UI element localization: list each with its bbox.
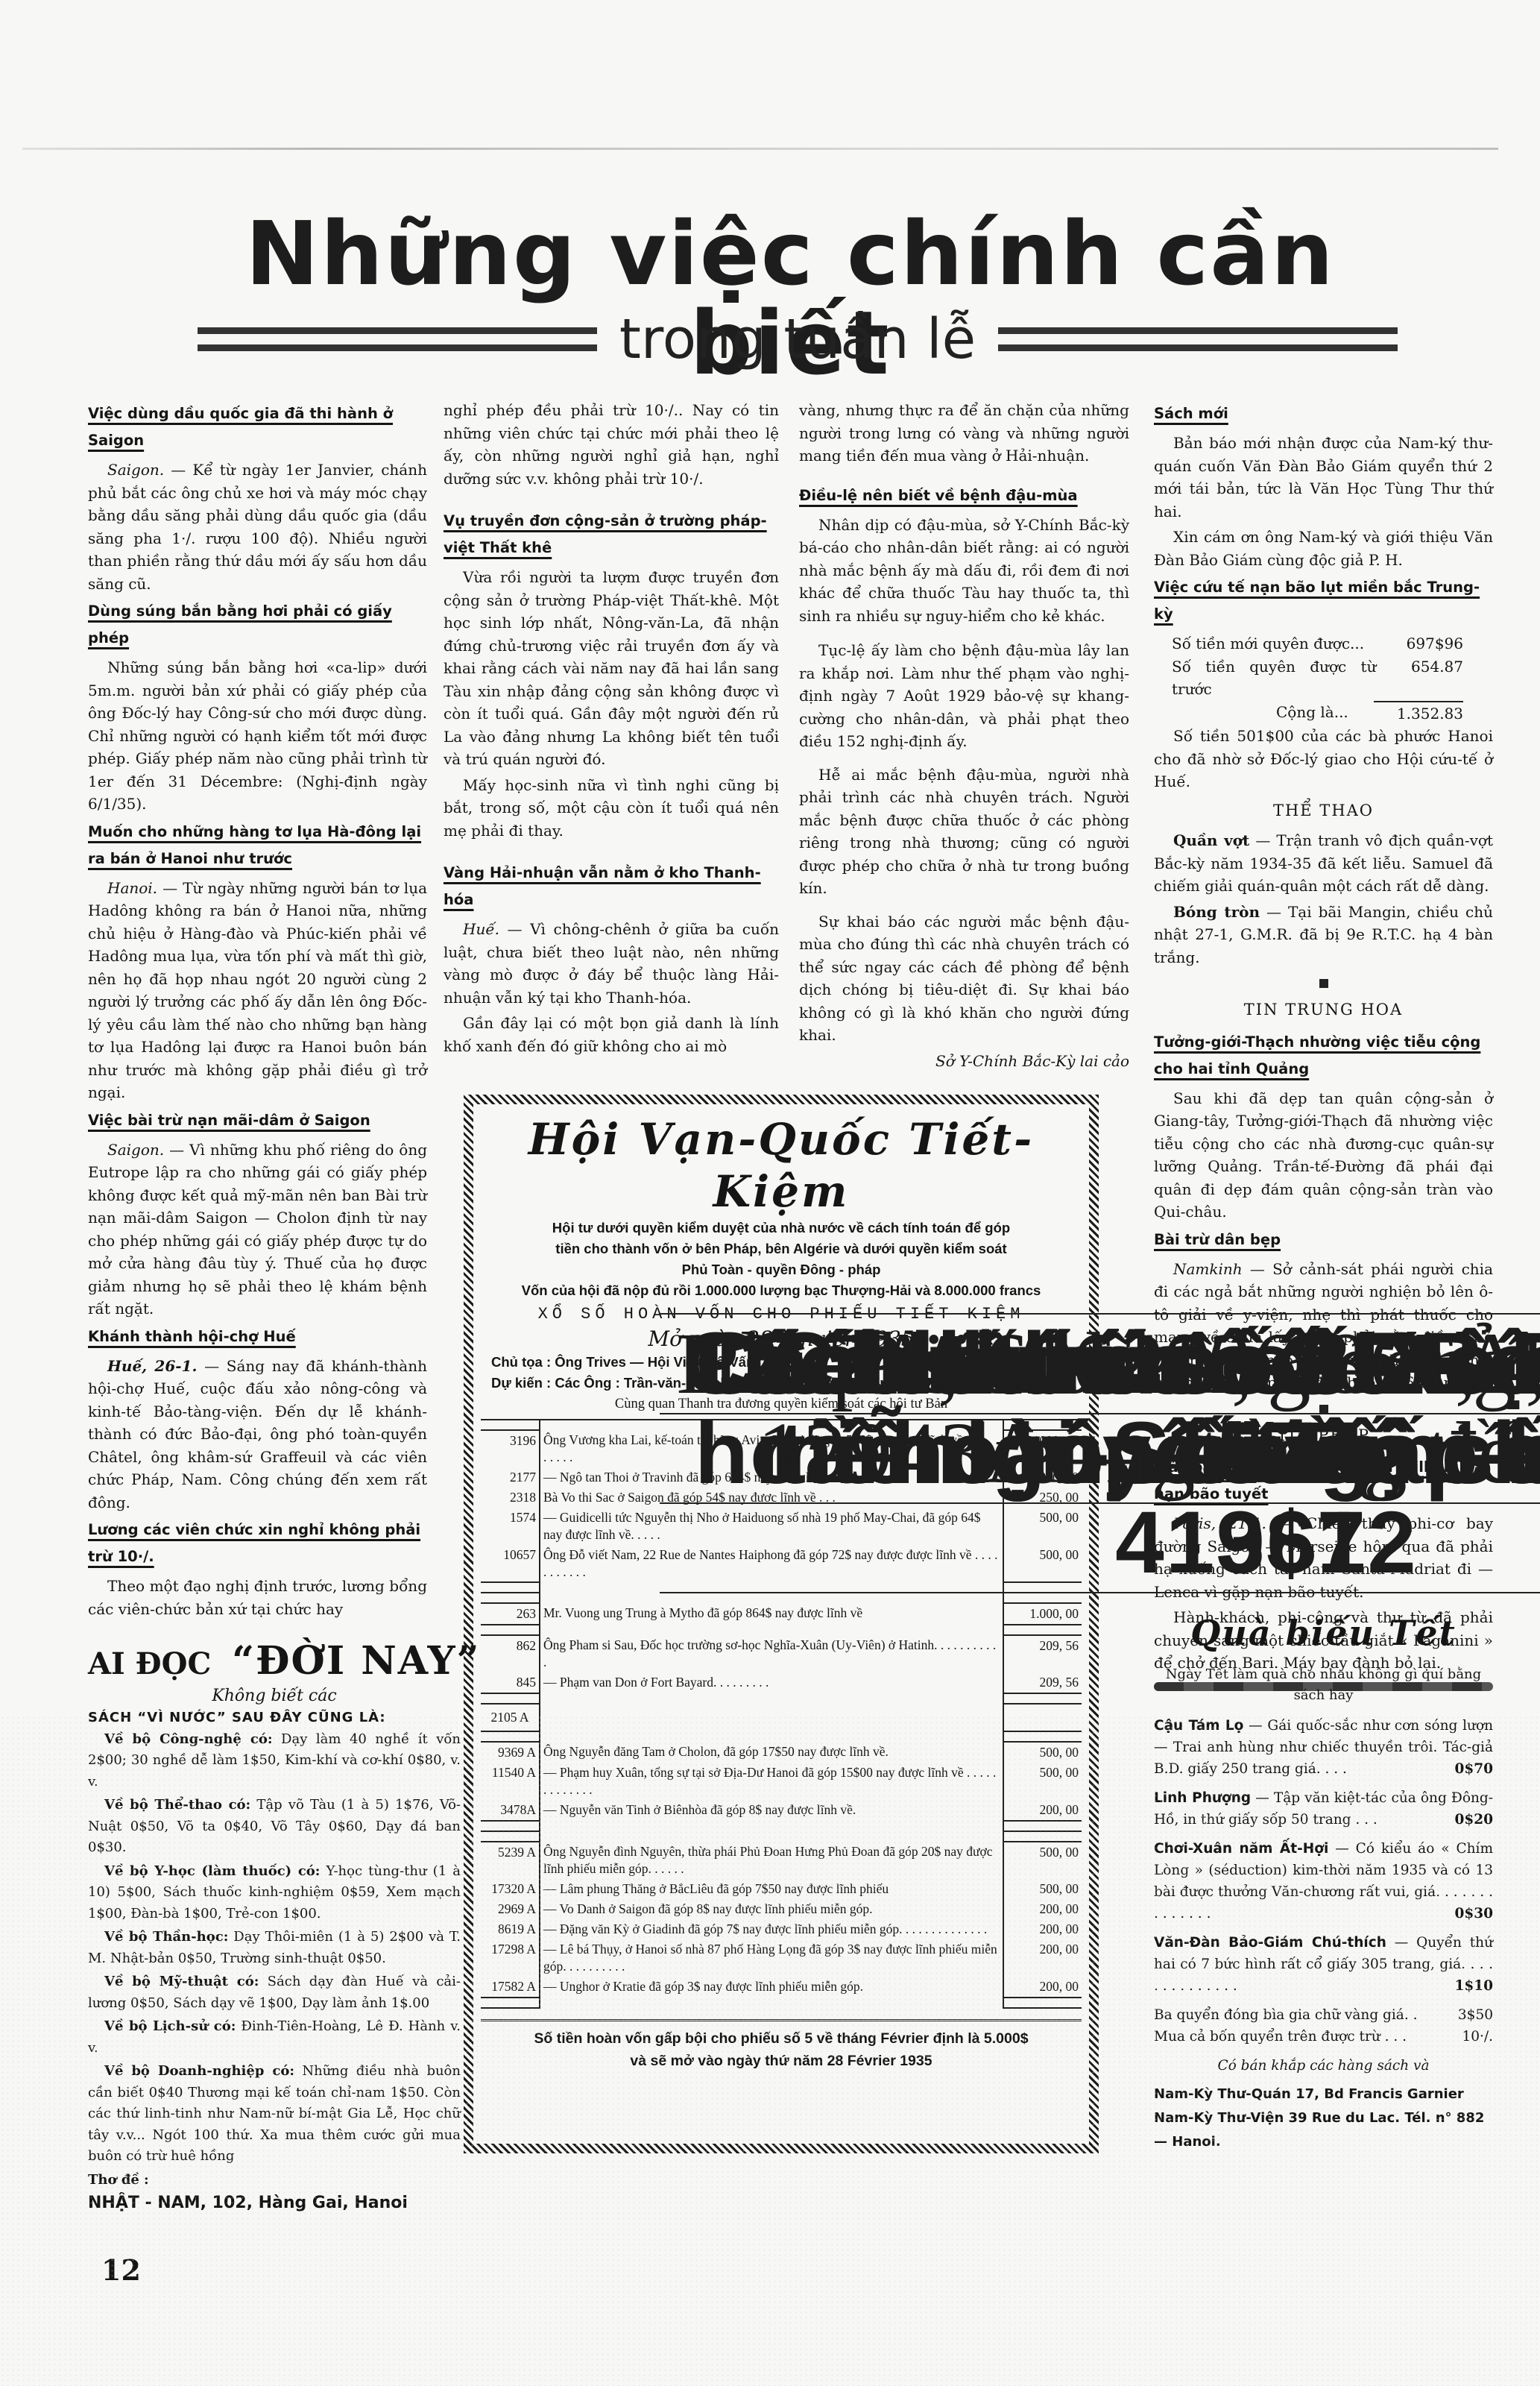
column-1: Việc dùng dầu quốc gia đã thi hành ở Sai… (88, 399, 427, 1623)
price-label: Mua cả bốn quyển trên được trừ . . . (1154, 2026, 1407, 2047)
lottery-note-row: 2105 APhiếu không đóng tiền (481, 1704, 1082, 1731)
lottery-section-row: Cách thức số 5 — Xổ số hoàn vốn gấp bội (481, 1693, 1082, 1704)
ticket-number (481, 1593, 540, 1603)
empty-amount (1003, 1998, 1082, 2008)
right-double-rule (998, 327, 1398, 351)
article-body: Bản báo mới nhận được của Nam-ký thư-quá… (1154, 432, 1493, 523)
subtitle-row: trong tuần lễ (198, 309, 1398, 369)
ad-footer-line: Số tiền hoàn vốn gấp bội cho phiếu số 5 … (481, 2027, 1082, 2050)
empty-amount (1003, 1625, 1082, 1635)
lottery-note-row: 1257A, 6012A, 6866A, 8073A, 12943A — khô… (481, 1821, 1082, 1831)
book-category: Về bộ Lịch-sử có: Đinh-Tiên-Hoàng, Lê Đ.… (88, 2016, 461, 2059)
book-title: Văn-Đàn Bảo-Giám Chú-thích (1154, 1935, 1386, 1951)
dateline: Huế. (463, 920, 499, 938)
article-body: Tục-lệ ấy làm cho bệnh đậu-mùa lây lan r… (799, 639, 1129, 753)
lottery-row: 5239 AÔng Nguyễn đình Nguyên, thừa phái … (481, 1842, 1082, 1879)
ticket-number: 5239 A (481, 1842, 540, 1879)
ticket-number: 2105 A (481, 1704, 540, 1731)
ticket-number: 3196 (481, 1430, 540, 1467)
empty-amount (1003, 1821, 1082, 1831)
ticket-number: 2969 A (481, 1899, 540, 1919)
lottery-section-row: Cách thức số 5 — Xổ số hoàn nguyên vốn —… (481, 1731, 1082, 1742)
ticket-number: 8619 A (481, 1919, 540, 1939)
article-body: Sau khi đã dẹp tan quân cộng-sản ở Giang… (1154, 1087, 1493, 1224)
lottery-row: 17320 A— Lâm phung Thăng ở BắcLiêu đã gó… (481, 1879, 1082, 1899)
prize-amount: 209, 56 (1003, 1672, 1082, 1693)
lottery-row: 3478A— Nguyễn văn Tinh ở Biênhòa đã góp … (481, 1800, 1082, 1821)
article-body: Vừa rồi người ta lượm được truyền đơn cộ… (444, 566, 779, 771)
empty-amount (1003, 1704, 1082, 1731)
ticket-number (481, 1821, 540, 1831)
category-label: Về bộ Mỹ-thuật có: (104, 1974, 259, 1989)
article-body: Nhân dịp có đậu-mùa, sở Y-Chính Bắc-kỳ b… (799, 514, 1129, 628)
newspaper-page: Những việc chính cần biết trong tuần lễ … (0, 0, 1540, 2386)
ticket-number: 263 (481, 1603, 540, 1625)
article-heading: Muốn cho những hàng tơ lụa Hà-đông lại r… (88, 819, 427, 872)
lottery-row: 17582 A— Unghor ở Kratie đã góp 3$ nay đ… (481, 1977, 1082, 1998)
article-body: Xin cám ơn ông Nam-ký và giới thiệu Văn … (1154, 526, 1493, 571)
ad-caps-line: SÁCH “VÌ NƯỚC” SAU ĐÂY CŨNG LÀ: (88, 1707, 461, 1729)
article-body: Những súng bắn bằng hơi «ca-lip» dưới 5m… (88, 656, 427, 816)
ad-line: Phủ Toàn - quyền Đông - pháp (481, 1259, 1082, 1280)
winner-text: — Lâm phung Thăng ở BắcLiêu đã góp 7$50 … (540, 1879, 1003, 1899)
savings-association-ad: Hội Vạn-Quốc Tiết-Kiệm Hội tư dưới quyền… (464, 1095, 1099, 2153)
page-number: 12 (101, 2253, 141, 2287)
article-continuation: nghỉ phép đều phải trừ 10·/.. Nay có tin… (444, 399, 779, 490)
book-item: Chơi-Xuân năm Ất-Hợi — Có kiểu áo « Chím… (1154, 1838, 1493, 1924)
article-body: Gần đây lại có một bọn giả danh là lính … (444, 1012, 779, 1057)
top-rule (22, 148, 1498, 150)
category-label: Về bộ Doanh-nghiệp có: (104, 2063, 294, 2079)
book-title: Linh Phượng (1154, 1790, 1251, 1806)
article-heading: Bài trừ dân bẹp (1154, 1227, 1493, 1253)
article-body: Số tiền 501$00 của các bà phước Hanoi ch… (1154, 725, 1493, 793)
sport-label: Bóng tròn (1173, 903, 1260, 921)
article-heading: Sách mới (1154, 400, 1493, 427)
section-heading: TIN TRUNG HOA (1154, 998, 1493, 1022)
donation-total: 1.352.83 (1374, 701, 1463, 725)
lottery-note-row: Hai phiếu số 10601A, 4551A — không đóng … (481, 1998, 1082, 2008)
contact-label: Thơ đề : (88, 2170, 461, 2191)
book-title: Chơi-Xuân năm Ất-Hợi (1154, 1841, 1328, 1857)
lottery-row: 9369 AÔng Nguyễn đăng Tam ở Cholon, đã g… (481, 1742, 1082, 1763)
article-body: Bóng tròn — Tại bãi Mangin, chiều chủ nh… (1154, 901, 1493, 969)
article-heading: Khánh thành hội-chợ Huế (88, 1323, 427, 1350)
donation-value: 697$96 (1374, 632, 1463, 655)
donation-row: Số tiền quyên được từ trước654.87 (1154, 655, 1493, 701)
article-body: Saigon. — Kể từ ngày 1er Janvier, chánh … (88, 459, 427, 595)
book-category: Về bộ Thần-học: Dạy Thôi-miên (1 à 5) 2$… (88, 1927, 461, 1969)
prize-amount: 500, 00 (1003, 1879, 1082, 1899)
category-label: Về bộ Thần-học: (104, 1929, 228, 1945)
lottery-section-row: Cách thức số 5 — Xổ số miễn góp — Bộ số … (481, 1831, 1082, 1842)
article-text: — Vì những khu phố riêng do ông Eutrope … (88, 1141, 427, 1318)
book-item: Văn-Đàn Bảo-Giám Chú-thích — Quyển thứ h… (1154, 1932, 1493, 1997)
article-heading: Lương các viên chức xin nghỉ không phải … (88, 1517, 427, 1570)
dateline: Saigon. (107, 461, 164, 479)
winner-text: Ông Pham si Sau, Đốc học trường sơ-học N… (540, 1635, 1003, 1672)
ad-title: Hội Vạn-Quốc Tiết-Kiệm (481, 1113, 1082, 1218)
ticket-number: 2177 (481, 1467, 540, 1488)
article-heading: Vụ truyền đơn cộng-sản ở trường pháp-việ… (444, 508, 779, 561)
ad-line: Hội tư dưới quyền kiểm duyệt của nhà nướ… (481, 1218, 1082, 1238)
lottery-section-row: Cách thức số 3 - Bộ số 232 (481, 1593, 1082, 1603)
book-category: Về bộ Công-nghệ có: Dạy làm 40 nghề ít v… (88, 1729, 461, 1793)
lottery-row: 845— Phạm van Don ở Fort Bayard. . . . .… (481, 1672, 1082, 1693)
ticket-number (481, 1998, 540, 2008)
book-item: Cậu Tám Lọ — Gái quốc-sắc như cơn sóng l… (1154, 1715, 1493, 1780)
doi-nay-books-ad: AI ĐỌC “ĐỜI NAY” Không biết các SÁCH “VÌ… (88, 1640, 461, 2216)
prize-amount: 200, 00 (1003, 1939, 1082, 1977)
price-line: Ba quyển đóng bìa gia chữ vàng giá. .3$5… (1154, 2004, 1493, 2026)
dateline: Hanoi. (107, 879, 157, 897)
donation-label: Cộng là... (1172, 701, 1348, 725)
ticket-number (481, 1831, 540, 1842)
ticket-number: 9369 A (481, 1742, 540, 1763)
winner-text: — Nguyễn văn Tinh ở Biênhòa đã góp 8$ na… (540, 1800, 1003, 1821)
article-body: Hanoi. — Từ ngày những người bán tơ lụa … (88, 877, 427, 1104)
ticket-number (481, 1625, 540, 1635)
page-subtitle: trong tuần lễ (597, 309, 998, 369)
section-marker-icon (1319, 979, 1328, 988)
article-heading: Vàng Hải-nhuận vẫn nằm ở kho Thanh-hóa (444, 860, 779, 913)
category-label: Về bộ Lịch-sử có: (104, 2018, 236, 2034)
donation-value: 654.87 (1376, 655, 1463, 701)
ticket-number: 17582 A (481, 1977, 540, 1998)
donation-total-row: Cộng là...1.352.83 (1154, 701, 1493, 725)
ticket-number: 1574 (481, 1508, 540, 1545)
prize-amount: 500, 00 (1003, 1763, 1082, 1800)
column-3: vàng, nhưng thực ra để ăn chặn của những… (799, 399, 1129, 1075)
publisher-address: NHẬT - NAM, 102, Hàng Gai, Hanoi (88, 2191, 461, 2216)
dateline: Huế, 26-1. (107, 1357, 197, 1375)
article-body: Mấy học-sinh nữa vì tình nghi cũng bị bắ… (444, 774, 779, 843)
prize-amount: 500, 00 (1003, 1742, 1082, 1763)
ticket-number: 17298 A (481, 1939, 540, 1977)
category-label: Về bộ Công-nghệ có: (104, 1731, 273, 1747)
winner-text: — Phạm van Don ở Fort Bayard. . . . . . … (540, 1672, 1003, 1693)
article-continuation: vàng, nhưng thực ra để ăn chặn của những… (799, 399, 1129, 468)
ticket-number: 10657 (481, 1545, 540, 1582)
lottery-row: 862Ông Pham si Sau, Đốc học trường sơ-họ… (481, 1635, 1082, 1672)
bookstore-address: Nam-Kỳ Thư-Quán 17, Bd Francis Garnier (1154, 2083, 1493, 2106)
ad-footer: Số tiền hoàn vốn gấp bội cho phiếu số 5 … (481, 2019, 1082, 2072)
section-heading: THỂ THAO (1154, 799, 1493, 822)
ad-title-prefix: AI ĐỌC (88, 1646, 211, 1681)
ad-footer-line: và sẽ mở vào ngày thứ năm 28 Février 193… (481, 2050, 1082, 2072)
winner-text: — Phạm huy Xuân, tổng sự tại sở Địa-Dư H… (540, 1763, 1003, 1800)
prize-amount: 1.000, 00 (1003, 1603, 1082, 1625)
donation-label: Số tiền mới quyên được... (1172, 632, 1364, 655)
empty-amount (1003, 1831, 1082, 1842)
sport-label: Quần vợt (1173, 831, 1249, 849)
lottery-row: 8619 A— Đặng văn Kỳ ở Giadinh đã góp 7$ … (481, 1919, 1082, 1939)
book-category: Về bộ Mỹ-thuật có: Sách dạy đàn Huế và c… (88, 1971, 461, 2014)
article-heading: Điều-lệ nên biết về bệnh đậu-mùa (799, 482, 1129, 509)
book-category-list: Về bộ Công-nghệ có: Dạy làm 40 nghề ít v… (88, 1729, 461, 2168)
price-label: Ba quyển đóng bìa gia chữ vàng giá. . (1154, 2004, 1417, 2026)
book-title: Cậu Tám Lọ (1154, 1718, 1243, 1734)
category-label: Về bộ Y-học (làm thuốc) có: (104, 1863, 320, 1879)
ticket-number: 2318 (481, 1488, 540, 1508)
lottery-row: 11540 A— Phạm huy Xuân, tổng sự tại sở Đ… (481, 1763, 1082, 1800)
left-double-rule (198, 327, 597, 351)
article-body: Sự khai báo các người mắc bệnh đậu-mùa c… (799, 910, 1129, 1047)
winner-text: — Lê bá Thụy, ở Hanoi số nhà 87 phố Hàng… (540, 1939, 1003, 1977)
ad-title-main: “ĐỜI NAY” (232, 1638, 480, 1684)
empty-amount (1003, 1693, 1082, 1704)
article-body: Saigon. — Vì những khu phố riêng do ông … (88, 1139, 427, 1321)
winner-text: — Unghor ở Kratie đã góp 3$ nay được lĩn… (540, 1977, 1003, 1998)
article-signature: Sở Y-Chính Bắc-Kỳ lai cảo (799, 1050, 1129, 1073)
dateline: Namkinh (1173, 1260, 1243, 1278)
book-price: 1$10 (1455, 1975, 1494, 1997)
ad-title: AI ĐỌC “ĐỜI NAY” (88, 1640, 461, 1685)
article-heading: Việc bài trừ nạn mãi-dâm ở Saigon (88, 1107, 427, 1134)
ticket-number (481, 1582, 540, 1593)
donation-label: Số tiền quyên được từ trước (1172, 655, 1376, 701)
ticket-number: 17320 A (481, 1879, 540, 1899)
tet-gifts-ad: Quà biếu Tết Ngày Tết làm quà cho nhau k… (1154, 1603, 1493, 2154)
availability-note: Có bán khắp các hàng sách và (1154, 2055, 1493, 2077)
price-value: 10·/. (1462, 2026, 1493, 2047)
article-body: Huế. — Vì chông-chênh ở giữa ba cuốn luậ… (444, 918, 779, 1009)
book-category: Về bộ Thể-thao có: Tập võ Tàu (1 à 5) 1$… (88, 1795, 461, 1859)
price-line: Mua cả bốn quyển trên được trừ . . .10·/… (1154, 2026, 1493, 2047)
lottery-row: 263Mr. Vuong ung Trung à Mytho đã góp 86… (481, 1603, 1082, 1625)
winner-text: Ông Nguyễn đăng Tam ở Cholon, đã góp 17$… (540, 1742, 1003, 1763)
book-list: Cậu Tám Lọ — Gái quốc-sắc như cơn sóng l… (1154, 1715, 1493, 1997)
ad-title: Quà biếu Tết (1154, 1609, 1493, 1657)
article-body: Quần vợt — Trận tranh vô địch quần-vợt B… (1154, 829, 1493, 898)
article-body: Hễ ai mắc bệnh đậu-mùa, người nhà phải t… (799, 764, 1129, 900)
ticket-number (481, 1731, 540, 1742)
ticket-number: 3478A (481, 1800, 540, 1821)
dateline: Saigon. (107, 1141, 164, 1159)
ticket-number (481, 1420, 540, 1430)
article-heading: Việc dùng dầu quốc gia đã thi hành ở Sai… (88, 400, 427, 454)
winner-text: — Vo Danh ở Saigon đã góp 8$ nay được lĩ… (540, 1899, 1003, 1919)
book-category: Về bộ Doanh-nghiệp có: Những điều nhà bu… (88, 2061, 461, 2168)
empty-amount (1003, 1731, 1082, 1742)
ticket-number: 862 (481, 1635, 540, 1672)
empty-amount (1003, 1593, 1082, 1603)
winner-text: Mr. Vuong ung Trung à Mytho đã góp 864$ … (540, 1603, 1003, 1625)
price-value: 3$50 (1458, 2004, 1493, 2026)
article-body: Huế, 26-1. — Sáng nay đã khánh-thành hội… (88, 1355, 427, 1514)
prize-amount: 209, 56 (1003, 1635, 1082, 1672)
lottery-section-row: Cách thức số 3-Xổ số chia tiền lợi-Số ti… (481, 1625, 1082, 1635)
ticket-number: 11540 A (481, 1763, 540, 1800)
article-text: — Sáng nay đã khánh-thành hội-chợ Huế, c… (88, 1357, 427, 1511)
article-text: — Từ ngày những người bán tơ lụa Hadông … (88, 879, 427, 1102)
article-heading: Việc cứu tế nạn bão lụt miền bắc Trung-k… (1154, 574, 1493, 628)
section-title: Hai phiếu số 10601A, 4551A — không đóng … (660, 1313, 1540, 1504)
book-item: Linh Phượng — Tập văn kiệt-tác của ông Đ… (1154, 1787, 1493, 1831)
article-text: — Kể từ ngày 1er Janvier, chánh phủ bắt … (88, 461, 427, 593)
ticket-number (481, 1693, 540, 1704)
ad-line: Vốn của hội đã nộp đủ rồi 1.000.000 lượn… (481, 1280, 1082, 1301)
lottery-row: 2969 A— Vo Danh ở Saigon đã góp 8$ nay đ… (481, 1899, 1082, 1919)
winner-text: — Đặng văn Kỳ ở Giadinh đã góp 7$ nay đư… (540, 1919, 1003, 1939)
ticket-number: 845 (481, 1672, 540, 1693)
donation-row: Số tiền mới quyên được...697$96 (1154, 632, 1493, 655)
prize-amount: 200, 00 (1003, 1977, 1082, 1998)
article-heading: Tưởng-giới-Thạch nhường việc tiễu cộng c… (1154, 1029, 1493, 1083)
prize-amount: 500, 00 (1003, 1842, 1082, 1879)
column-2: nghỉ phép đều phải trừ 10·/.. Nay có tin… (444, 399, 779, 1060)
book-price: 0$20 (1455, 1809, 1494, 1831)
ad-line: tiền cho thành vốn ở bên Pháp, bên Algér… (481, 1238, 1082, 1259)
prize-amount: 200, 00 (1003, 1899, 1082, 1919)
ad-intro: Ngày Tết làm quà cho nhau không gì quí b… (1154, 1664, 1493, 1706)
bookstore-address: Nam-Kỳ Thư-Viện 39 Rue du Lac. Tél. n° 8… (1154, 2106, 1493, 2154)
prize-amount: 200, 00 (1003, 1800, 1082, 1821)
category-label: Về bộ Thể-thao có: (104, 1797, 250, 1813)
lottery-results-table: Cách thức số 2 - Bộ số 15743196Ông Vương… (481, 1419, 1082, 2009)
book-price: 0$30 (1455, 1903, 1494, 1924)
book-category: Về bộ Y-học (làm thuốc) có: Y-học tùng-t… (88, 1861, 461, 1925)
winner-text: Ông Nguyễn đình Nguyên, thừa phái Phủ Đo… (540, 1842, 1003, 1879)
lottery-row: 17298 A— Lê bá Thụy, ở Hanoi số nhà 87 p… (481, 1939, 1082, 1977)
article-body: Theo một đạo nghị định trước, lương bổng… (88, 1575, 427, 1620)
book-price: 0$70 (1455, 1758, 1494, 1780)
article-heading: Dùng súng bắn bằng hơi phải có giấy phép (88, 598, 427, 652)
prize-amount: 200, 00 (1003, 1919, 1082, 1939)
ad-subtitle: Không biết các (88, 1685, 461, 1707)
